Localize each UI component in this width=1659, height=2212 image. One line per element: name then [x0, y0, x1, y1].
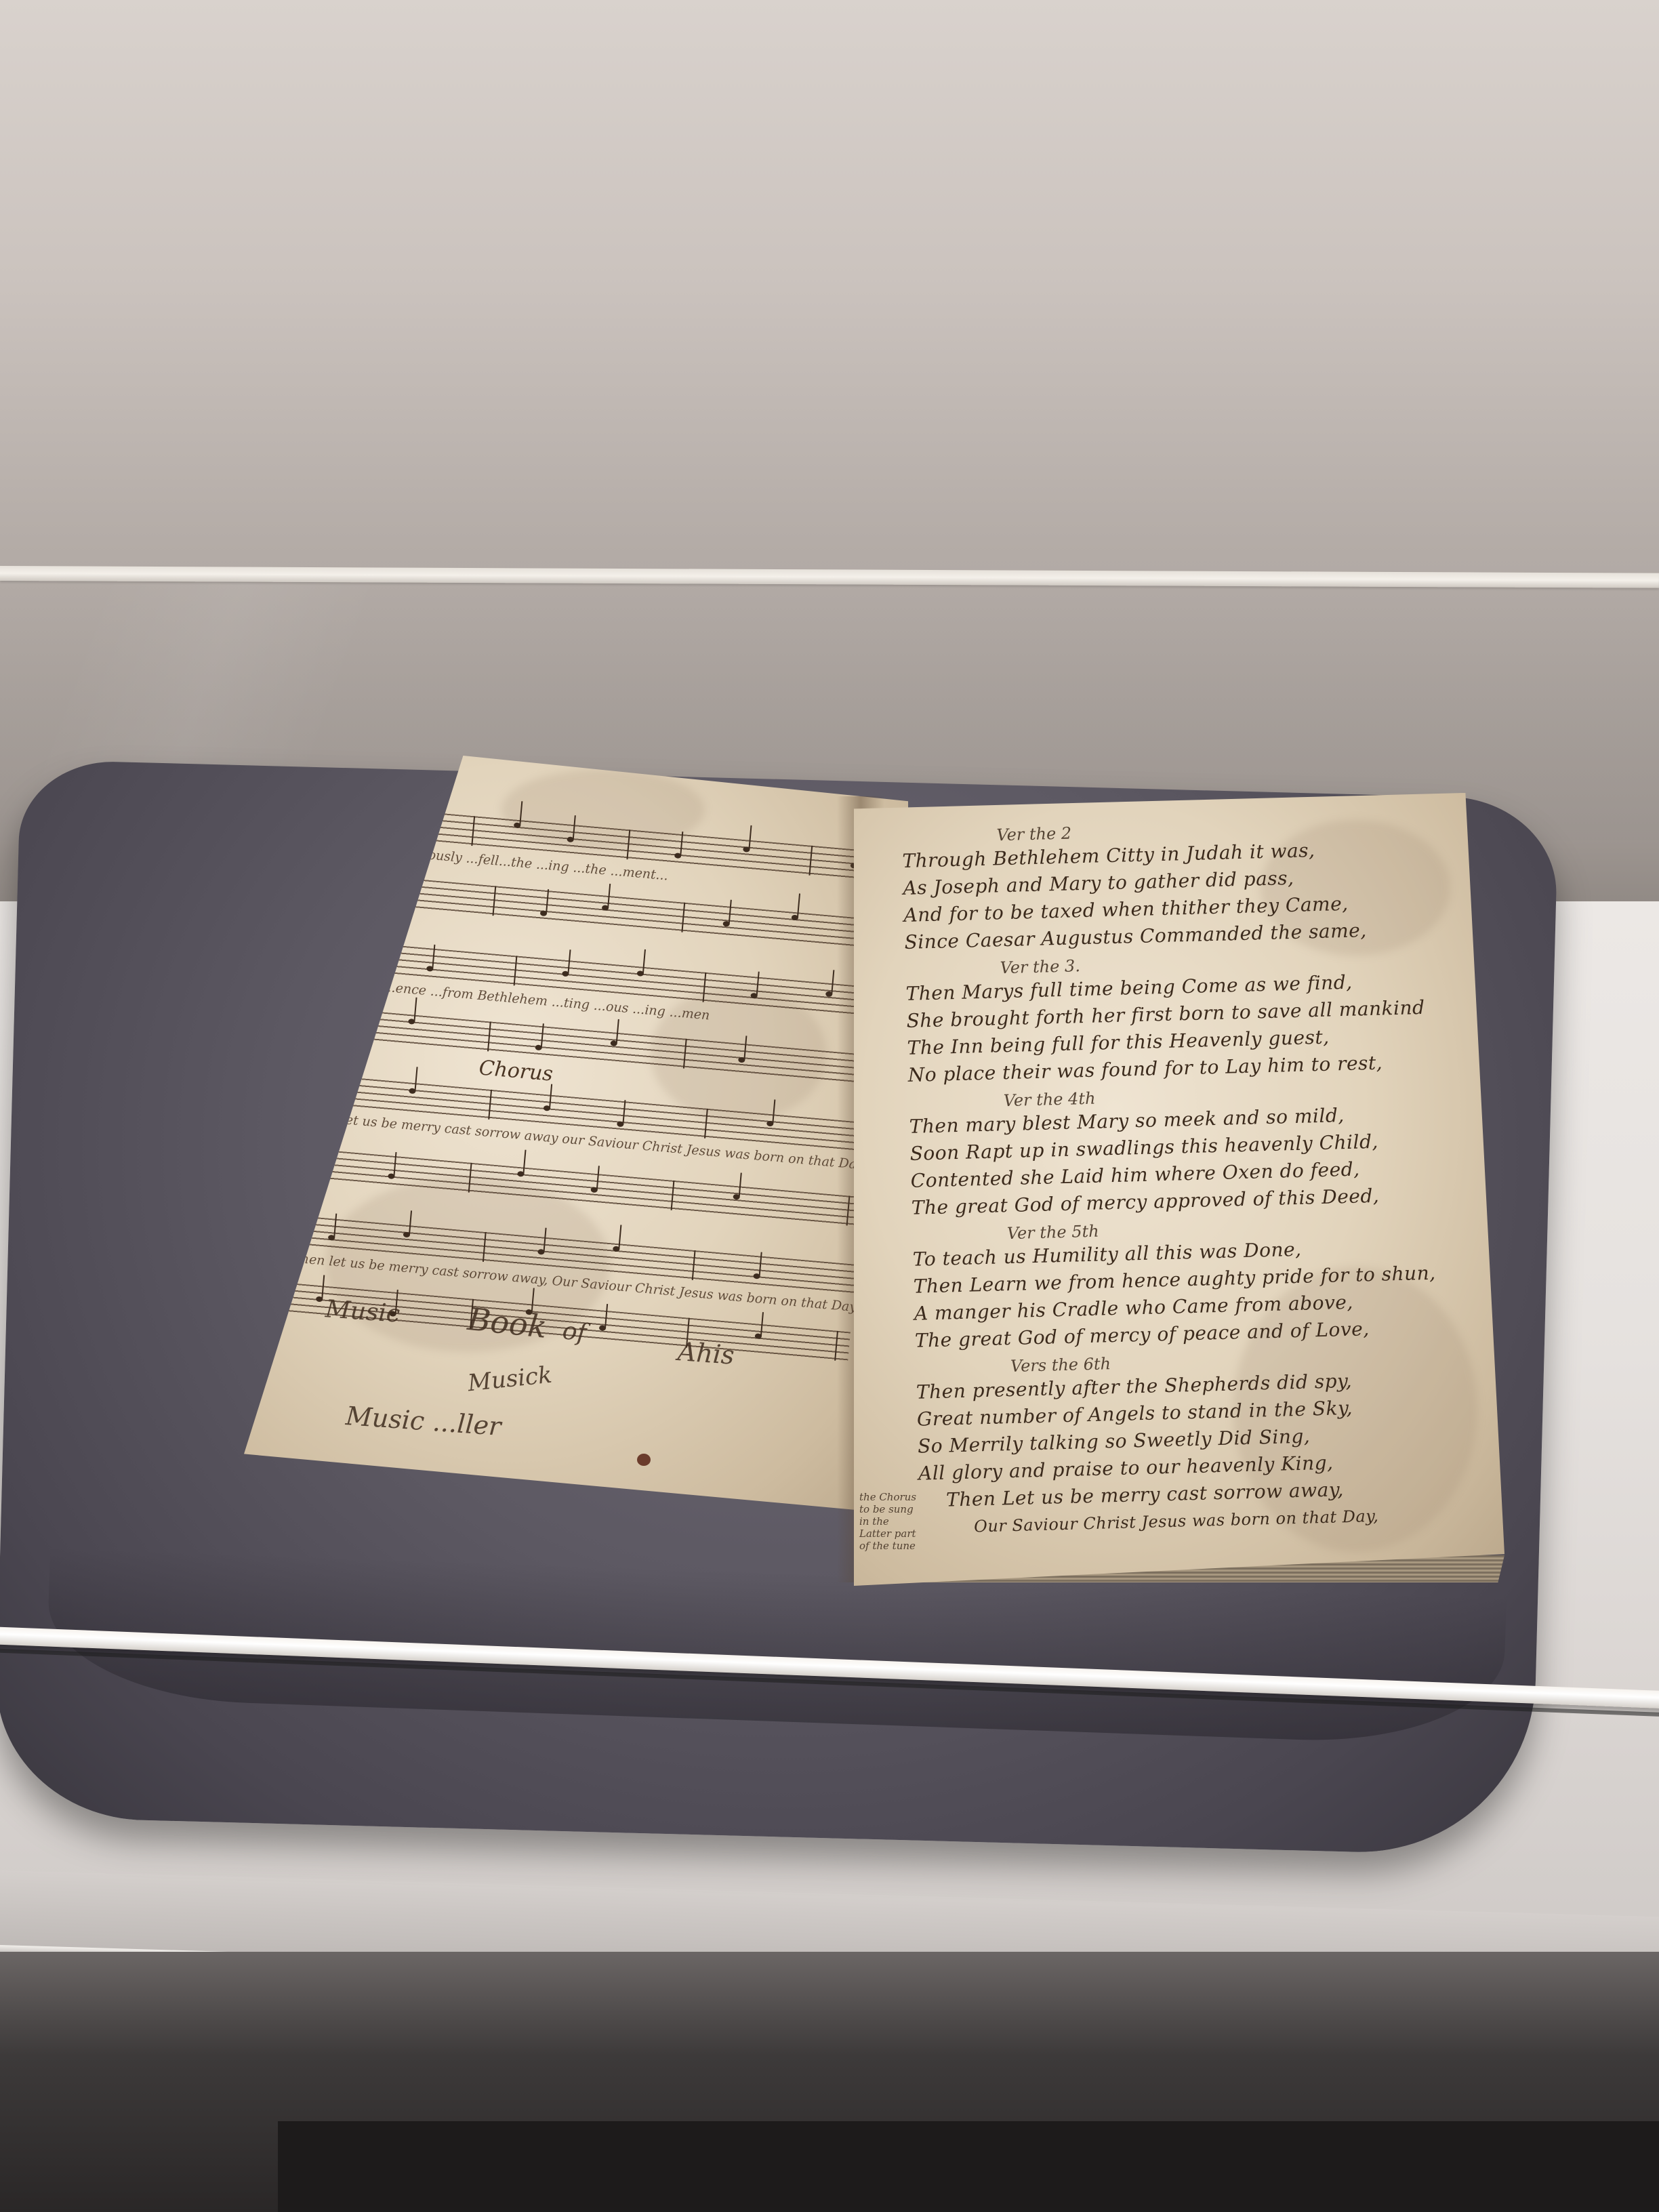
floor-shadow: [278, 2121, 1659, 2212]
inscription-name: Ahis: [677, 1336, 735, 1370]
left-page-music: A...ing ...the ...iously ...fell...the .…: [244, 756, 908, 1515]
inscription-music: Music: [325, 1295, 401, 1328]
inscription-of: of: [561, 1317, 588, 1347]
ink-spot: [637, 1454, 651, 1466]
music-staff: [316, 871, 886, 950]
verses-text: Ver the 2 Through Bethlehem Citty in Jud…: [901, 808, 1504, 1542]
margin-note: the Chorus to be sung in the Latter part…: [859, 1491, 920, 1552]
chorus-label: Chorus: [478, 1056, 554, 1086]
right-page-verses: Ver the 2 Through Bethlehem Citty in Jud…: [854, 793, 1504, 1586]
music-staff: [305, 1006, 875, 1085]
page-margin-rule: [244, 851, 273, 1455]
music-staves: A...ing ...the ...iously ...fell...the .…: [272, 803, 906, 1462]
open-manuscript-book: A...ing ...the ...iously ...fell...the .…: [244, 756, 1498, 1589]
